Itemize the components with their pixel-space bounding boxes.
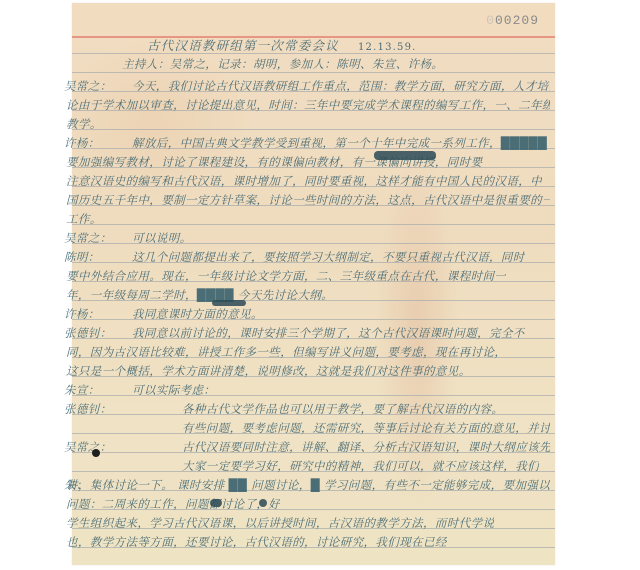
ink-redaction (212, 300, 246, 306)
minutes-line: 学生组织起来，学习古代汉语课，以后讲授时间，古汉语的教学方法，而时代学说 (66, 514, 494, 533)
speaker-label: 张德钊： (64, 324, 112, 343)
handwritten-document-page: 000209 古代汉语教研组第一次常委会议 12.13.59. 主持人：吴常之，… (72, 3, 555, 565)
ruled-line (72, 129, 555, 130)
minutes-line: 这只是一个概括，学术方面讲清楚，说明修改，这就是我们对这件事的意见。 (66, 362, 471, 381)
minutes-line: 要中外结合应用。现在，一年级讨论文学方面，二、三年级重点在古代，课程时间一 (66, 267, 506, 286)
speaker-label: 许杨： (64, 305, 100, 324)
minutes-line: 可以实际考虑： (132, 381, 215, 400)
minutes-line: 国历史五千年中，要制一定方针草案，讨论一些时间的方法，这点，古代汉语中是很重要的… (66, 191, 550, 210)
minutes-line: 我同意课时方面的意见。 (132, 305, 263, 324)
minutes-line: 古代汉语要同时注意，讲解、翻译、分析古汉语知识，课时大纲应该先订好， (182, 438, 550, 457)
minutes-line: 问题：二周来的工作，问题都讨论了，好 (66, 495, 280, 514)
speaker-label: 吴常之： (64, 438, 112, 457)
minutes-line: 也，教学方法等方面，还要讨论，古代汉语的，讨论研究，我们现在已经 (66, 533, 447, 552)
archive-number-value: 00209 (495, 13, 539, 28)
speaker-label: 朱： (64, 476, 88, 495)
minutes-line: 教学。 (66, 115, 102, 134)
minutes-line: 这几个问题都提出来了，要按照学习大纲制定，不要只重视古代汉语，同时 (132, 248, 525, 267)
paper-hole (92, 449, 100, 457)
document-date: 12.13.59. (358, 42, 417, 53)
minutes-line: 注意汉语史的编写和古代汉语，课时增加了，同时要重视，这样才能有中国人民的汉语，中 (66, 172, 542, 191)
ruled-line (72, 224, 555, 225)
minutes-line: 有些问题，要考虑问题，还需研究，等事后讨论有关方面的意见，并讨论这个问题。 (182, 419, 550, 438)
minutes-line: 年，一年级每周二学时，████ 今天先讨论大纲。 (66, 286, 333, 305)
speaker-label: 朱宣： (64, 381, 100, 400)
ink-redaction (210, 499, 222, 507)
minutes-line: 工作。 (66, 210, 102, 229)
ink-redaction (259, 499, 267, 507)
minutes-line: 同，因为古汉语比较难，讲授工作多一些，但编写讲义问题，要考虑，现在再讨论， (66, 343, 506, 362)
minutes-line: 今天，我们讨论古代汉语教研组工作重点，范围：教学方面，研究方面，人才培养方面，今… (132, 77, 550, 96)
archive-number: 000209 (486, 13, 539, 28)
meeting-header-line: 主持人：吴常之，记录：胡明，参加人：陈明、朱宣、许杨。 (122, 55, 443, 74)
minutes-line: 各种古代文学作品也可以用于教学，要了解古代汉语的内容。 (182, 400, 503, 419)
document-title: 古代汉语教研组第一次常委会议 12.13.59. (147, 36, 417, 57)
minutes-line: 课时安排 ██ 问题讨论，█ 学习问题，有些不一定能够完成，要加强以上的研究 (177, 476, 550, 495)
minutes-line: 我同意以前讨论的，课时安排三个学期了，这个古代汉语课时问题，完全不 (132, 324, 525, 343)
speaker-label: 吴常之： (64, 77, 112, 96)
speaker-label: 许杨： (64, 134, 100, 153)
minutes-line: 解放后，中国古典文学教学受到重视，第一个十年中完成一系列工作，█████ 今后 (132, 134, 550, 153)
archive-number-faded: 0 (486, 13, 495, 28)
minutes-line: 大家一定要学习好，研究中的精神，我们可以，就不应该这样，我们 (182, 457, 539, 476)
speaker-label: 张德钊： (64, 400, 112, 419)
speaker-label: 陈明： (64, 248, 100, 267)
ink-redaction (374, 151, 436, 160)
speaker-label: 吴常之： (64, 229, 112, 248)
minutes-line: 可以说明。 (132, 229, 192, 248)
title-text: 古代汉语教研组第一次常委会议 (147, 38, 339, 53)
minutes-line: 论由于学术加以审查，讨论提出意见，时间：三年中要完成学术课程的编写工作，一、二年… (66, 96, 550, 115)
